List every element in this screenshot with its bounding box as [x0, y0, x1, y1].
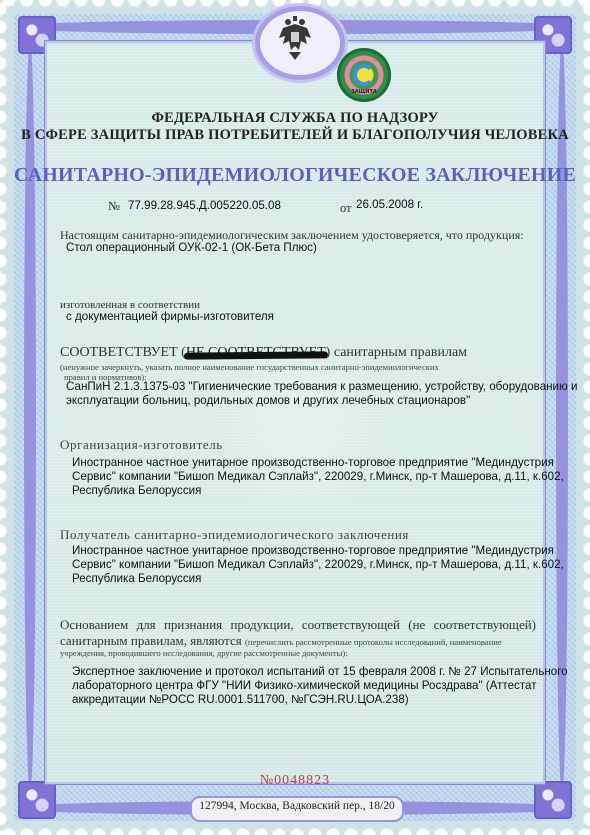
complies-label: СООТВЕТСТВУЕТ — [60, 345, 178, 360]
recipient-line1: Иностранное частное унитарное производст… — [72, 544, 554, 557]
document-title: САНИТАРНО-ЭПИДЕМИОЛОГИЧЕСКОЕ ЗАКЛЮЧЕНИЕ — [0, 164, 590, 187]
product-name: Стол операционный ОУК-02-1 (ОК-Бета Плюс… — [66, 241, 317, 254]
basis-heading-line1: Основанием для признания продукции, соот… — [60, 617, 536, 633]
date-label: от — [340, 201, 352, 216]
manufacturer-line2: Сервис" компании "Бишоп Медикал Сэплайз"… — [72, 470, 564, 483]
border-ribbon-right — [556, 40, 568, 795]
border-ribbon-left — [24, 40, 36, 795]
manufacturer-heading: Организация-изготовитель — [60, 437, 223, 453]
manufactured-value: с документацией фирмы-изготовителя — [66, 310, 274, 323]
coat-of-arms-icon — [277, 14, 313, 62]
basis-line3: аккредитации №РОСС RU.0001.511700, №ГСЭН… — [72, 693, 409, 706]
recipient-heading: Получатель санитарно-эпидемиологического… — [60, 527, 409, 543]
hologram-c-icon — [353, 64, 375, 86]
manufacturer-line1: Иностранное частное унитарное производст… — [72, 456, 554, 469]
not-complies-struck: НЕ СООТВЕТСТВУЕТ — [186, 345, 326, 361]
basis-heading-line2: санитарным правилам, являются (перечисли… — [60, 633, 502, 649]
basis-note-line2: учреждения, проводившего исследования, д… — [60, 648, 348, 658]
rules-line2: эксплуатации больниц, родильных домов и … — [66, 394, 470, 407]
number-label: № — [108, 199, 120, 214]
certificate-date: 26.05.2008 г. — [356, 198, 423, 211]
sanitary-rules-label: ) санитарным правилам — [326, 345, 467, 360]
certificate-number: 77.99.28.945.Д.005220.05.08 — [128, 199, 281, 212]
recipient-line2: Сервис" компании "Бишоп Медикал Сэплайз"… — [72, 558, 564, 571]
agency-name-line2: В СФЕРЕ ЗАЩИТЫ ПРАВ ПОТРЕБИТЕЛЕЙ И БЛАГО… — [0, 127, 590, 144]
recipient-line3: Республика Белоруссия — [72, 572, 201, 585]
rules-line1: СанПиН 2.1.3.1375-03 "Гигиенические треб… — [66, 380, 577, 393]
compliance-note-line1: (ненужное зачеркнуть, указать полное наи… — [60, 362, 439, 372]
basis-line2: лабораторного центра ФГУ "НИИ Физико-хим… — [72, 679, 537, 692]
agency-address: 127994, Москва, Вадковский пер., 18/20 — [190, 800, 404, 812]
agency-name-line1: ФЕДЕРАЛЬНАЯ СЛУЖБА ПО НАДЗОРУ — [0, 110, 590, 127]
form-serial-number: №0048823 — [0, 773, 590, 789]
basis-note-line1: (перечислить рассмотренные протоколы исс… — [245, 637, 502, 647]
hologram-label: ЗАЩИТА — [346, 89, 382, 95]
manufacturer-line3: Республика Белоруссия — [72, 484, 201, 497]
basis-line1: Экспертное заключение и протокол испытан… — [72, 665, 568, 678]
compliance-line: СООТВЕТСТВУЕТ (НЕ СООТВЕТСТВУЕТ) санитар… — [60, 345, 467, 361]
